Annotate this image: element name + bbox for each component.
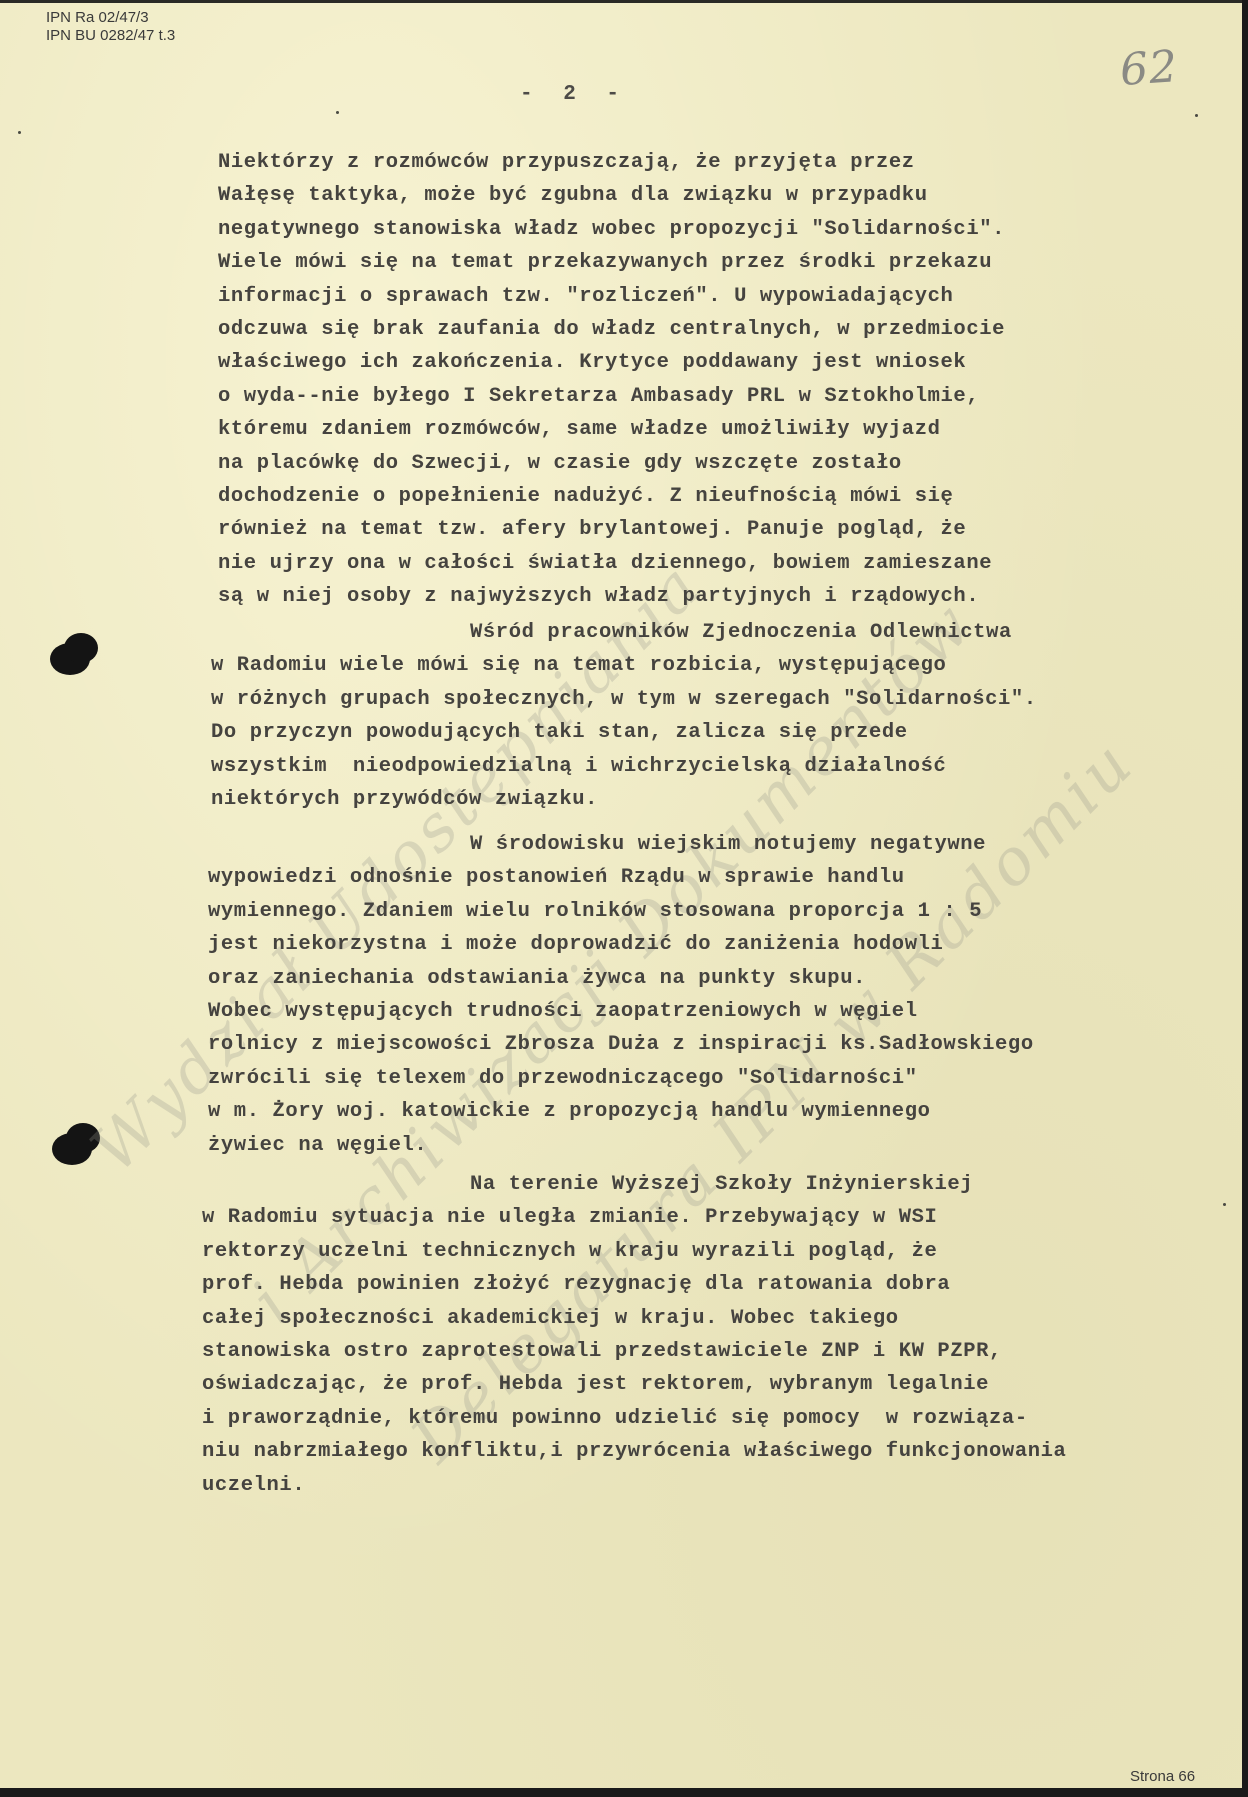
text-line: dochodzenie o popełnienie nadużyć. Z nie… — [218, 485, 953, 508]
text-line: właściwego ich zakończenia. Krytyce podd… — [218, 351, 966, 374]
text-line: któremu zdaniem rozmówców, same władze u… — [218, 418, 941, 441]
scan-page-label: Strona 66 — [1130, 1768, 1195, 1785]
text-line: Wałęsę taktyka, może być zgubna dla zwią… — [218, 184, 928, 207]
text-line: na placówkę do Szwecji, w czasie gdy wsz… — [218, 452, 902, 475]
scan-border-right — [1242, 0, 1248, 1797]
document-viewer: IPN Ra 02/47/3 IPN BU 0282/47 t.3 62 - 2… — [0, 0, 1248, 1797]
text-line: nie ujrzy ona w całości światła dzienneg… — [218, 552, 992, 575]
scan-border-bottom — [0, 1788, 1248, 1797]
text-line: w m. Żory woj. katowickie z propozycją h… — [208, 1100, 931, 1123]
text-line: Do przyczyn powodujących taki stan, zali… — [211, 721, 908, 744]
paper-speck — [18, 131, 21, 134]
text-line: są w niej osoby z najwyższych władz part… — [218, 585, 979, 608]
text-line: W środowisku wiejskim notujemy negatywne — [470, 833, 986, 856]
text-line: Na terenie Wyższej Szkoły Inżynierskiej — [470, 1173, 973, 1196]
text-line: niu nabrzmiałego konfliktu,i przywróceni… — [202, 1440, 1066, 1463]
text-line: stanowiska ostro zaprotestowali przedsta… — [202, 1340, 1002, 1363]
text-line: Wiele mówi się na temat przekazywanych p… — [218, 251, 992, 274]
text-line: Wśród pracowników Zjednoczenia Odlewnict… — [470, 621, 1012, 644]
text-line: Niektórzy z rozmówców przypuszczają, że … — [218, 151, 915, 174]
text-line: całej społeczności akademickiej w kraju.… — [202, 1307, 899, 1330]
paper-speck — [1195, 114, 1198, 117]
text-line: wypowiedzi odnośnie postanowień Rządu w … — [208, 866, 905, 889]
text-line: w Radomiu wiele mówi się na temat rozbic… — [211, 654, 946, 677]
text-line: odczuwa się brak zaufania do władz centr… — [218, 318, 1005, 341]
scanned-page: IPN Ra 02/47/3 IPN BU 0282/47 t.3 62 - 2… — [0, 0, 1242, 1788]
text-line: negatywnego stanowiska władz wobec propo… — [218, 218, 1005, 241]
text-line: niektórych przywódców związku. — [211, 788, 598, 811]
text-line: Wobec występujących trudności zaopatrzen… — [208, 1000, 918, 1023]
text-line: o wyda--nie byłego I Sekretarza Ambasady… — [218, 385, 979, 408]
text-line: rolnicy z miejscowości Zbrosza Duża z in… — [208, 1033, 1034, 1056]
text-line: żywiec na węgiel. — [208, 1134, 427, 1157]
text-line: jest niekorzystna i może doprowadzić do … — [208, 933, 943, 956]
text-line: oraz zaniechania odstawiania żywca na pu… — [208, 967, 866, 990]
text-line: również na temat tzw. afery brylantowej.… — [218, 518, 966, 541]
document-body: Niektórzy z rozmówców przypuszczają, że … — [0, 3, 1242, 1788]
text-line: wymiennego. Zdaniem wielu rolników stoso… — [208, 900, 982, 923]
paper-speck — [336, 111, 339, 114]
text-line: oświadczając, że prof. Hebda jest rektor… — [202, 1373, 989, 1396]
text-line: zwrócili się telexem do przewodniczącego… — [208, 1067, 918, 1090]
text-line: w Radomiu sytuacja nie uległa zmianie. P… — [202, 1206, 937, 1229]
text-line: i praworządnie, któremu powinno udzielić… — [202, 1407, 1028, 1430]
text-line: rektorzy uczelni technicznych w kraju wy… — [202, 1240, 937, 1263]
text-line: informacji o sprawach tzw. "rozliczeń". … — [218, 285, 953, 308]
text-line: wszystkim nieodpowiedzialną i wichrzycie… — [211, 755, 946, 778]
text-line: w różnych grupach społecznych, w tym w s… — [211, 688, 1037, 711]
text-line: uczelni. — [202, 1474, 305, 1497]
text-line: prof. Hebda powinien złożyć rezygnację d… — [202, 1273, 950, 1296]
paper-speck — [1223, 1203, 1226, 1206]
